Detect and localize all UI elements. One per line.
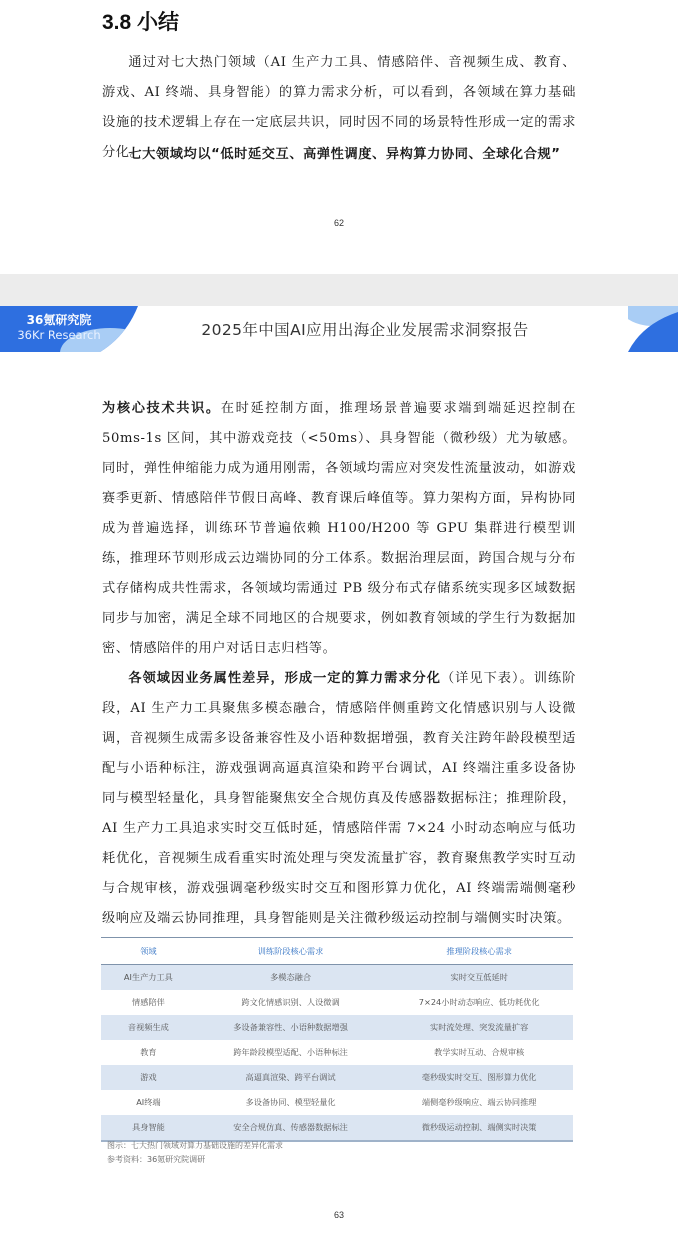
figure-caption: 图示：七大热门领域对算力基础设施的差异化需求 [107, 1140, 283, 1151]
table-row: 教育 跨年龄段模型适配、小语种标注 教学实时互动、合规审核 [101, 1040, 573, 1065]
table-row: 音视频生成 多设备兼容性、小语种数据增强 实时流处理、突发流量扩容 [101, 1015, 573, 1040]
table-cell: 跨年龄段模型适配、小语种标注 [196, 1040, 386, 1065]
column-header: 训练阶段核心需求 [196, 938, 386, 965]
bold-lead: 各领域因业务属性差异，形成一定的算力需求分化 [128, 671, 441, 686]
consensus-paragraph: 为核心技术共识。在时延控制方面，推理场景普遍要求端到端延迟控制在50ms-1s … [102, 394, 576, 664]
differentiation-paragraph: 各领域因业务属性差异，形成一定的算力需求分化（详见下表）。训练阶段，AI 生产力… [102, 664, 576, 934]
demand-comparison-table: 领域 训练阶段核心需求 推理阶段核心需求 AI生产力工具 多模态融合 实时交互低… [101, 937, 573, 1142]
page-separator [0, 274, 678, 306]
column-header: 领域 [101, 938, 196, 965]
table-cell: 安全合规仿真、传感器数据标注 [196, 1115, 386, 1141]
table-cell: 毫秒级实时交互、图形算力优化 [385, 1065, 573, 1090]
table-cell: 高逼真渲染、跨平台调试 [196, 1065, 386, 1090]
table-cell: 微秒级运动控制、端侧实时决策 [385, 1115, 573, 1141]
page-63: 36氪研究院 36Kr Research 2025年中国AI应用出海企业发展需求… [0, 306, 678, 1238]
paragraph-text: 在时延控制方面，推理场景普遍要求端到端延迟控制在50ms-1s 区间，其中游戏竞… [102, 401, 576, 656]
column-header: 推理阶段核心需求 [385, 938, 573, 965]
page-62: 3.8 小结 通过对七大热门领域（AI 生产力工具、情感陪伴、音视频生成、教育、… [0, 0, 678, 274]
page-number: 62 [0, 218, 678, 228]
table-cell: 游戏 [101, 1065, 196, 1090]
table-cell: AI终端 [101, 1090, 196, 1115]
summary-bold-paragraph: 七大领域均以“低时延交互、高弹性调度、异构算力协同、全球化合规” [102, 140, 576, 170]
report-title: 2025年中国AI应用出海企业发展需求洞察报告 [150, 318, 580, 340]
brand-name-en: 36Kr Research [0, 328, 118, 342]
table-cell: 教育 [101, 1040, 196, 1065]
table-cell: 多设备协同、模型轻量化 [196, 1090, 386, 1115]
table-cell: 实时流处理、突发流量扩容 [385, 1015, 573, 1040]
table-cell: 跨文化情感识别、人设微调 [196, 990, 386, 1015]
table-cell: 端侧毫秒级响应、端云协同推理 [385, 1090, 573, 1115]
page-number: 63 [0, 1210, 678, 1220]
table-cell: 7×24小时动态响应、低功耗优化 [385, 990, 573, 1015]
table-row: AI生产力工具 多模态融合 实时交互低延时 [101, 965, 573, 991]
table-cell: 音视频生成 [101, 1015, 196, 1040]
paragraph-text: （详见下表）。训练阶段，AI 生产力工具聚焦多模态融合，情感陪伴侧重跨文化情感识… [102, 671, 576, 926]
bold-lead: 七大领域均以“低时延交互、高弹性调度、异构算力协同、全球化合规” [128, 147, 560, 162]
table-cell: 具身智能 [101, 1115, 196, 1141]
table-cell: 实时交互低延时 [385, 965, 573, 991]
brand-name-cn: 36氪研究院 [0, 311, 118, 328]
table-cell: 教学实时互动、合规审核 [385, 1040, 573, 1065]
table-row: 具身智能 安全合规仿真、传感器数据标注 微秒级运动控制、端侧实时决策 [101, 1115, 573, 1141]
table-cell: 情感陪伴 [101, 990, 196, 1015]
table-cell: AI生产力工具 [101, 965, 196, 991]
section-title: 3.8 小结 [102, 6, 179, 36]
table-row: 情感陪伴 跨文化情感识别、人设微调 7×24小时动态响应、低功耗优化 [101, 990, 573, 1015]
table-cell: 多设备兼容性、小语种数据增强 [196, 1015, 386, 1040]
brand-block: 36氪研究院 36Kr Research [0, 306, 140, 352]
bold-lead: 为核心技术共识。 [102, 401, 221, 416]
table-cell: 多模态融合 [196, 965, 386, 991]
table-row: 游戏 高逼真渲染、跨平台调试 毫秒级实时交互、图形算力优化 [101, 1065, 573, 1090]
table-header-row: 领域 训练阶段核心需求 推理阶段核心需求 [101, 938, 573, 965]
figure-source: 参考资料：36氪研究院调研 [107, 1154, 205, 1165]
table-row: AI终端 多设备协同、模型轻量化 端侧毫秒级响应、端云协同推理 [101, 1090, 573, 1115]
report-header-banner: 36氪研究院 36Kr Research 2025年中国AI应用出海企业发展需求… [0, 306, 678, 352]
decorative-corner-shape [628, 306, 678, 352]
